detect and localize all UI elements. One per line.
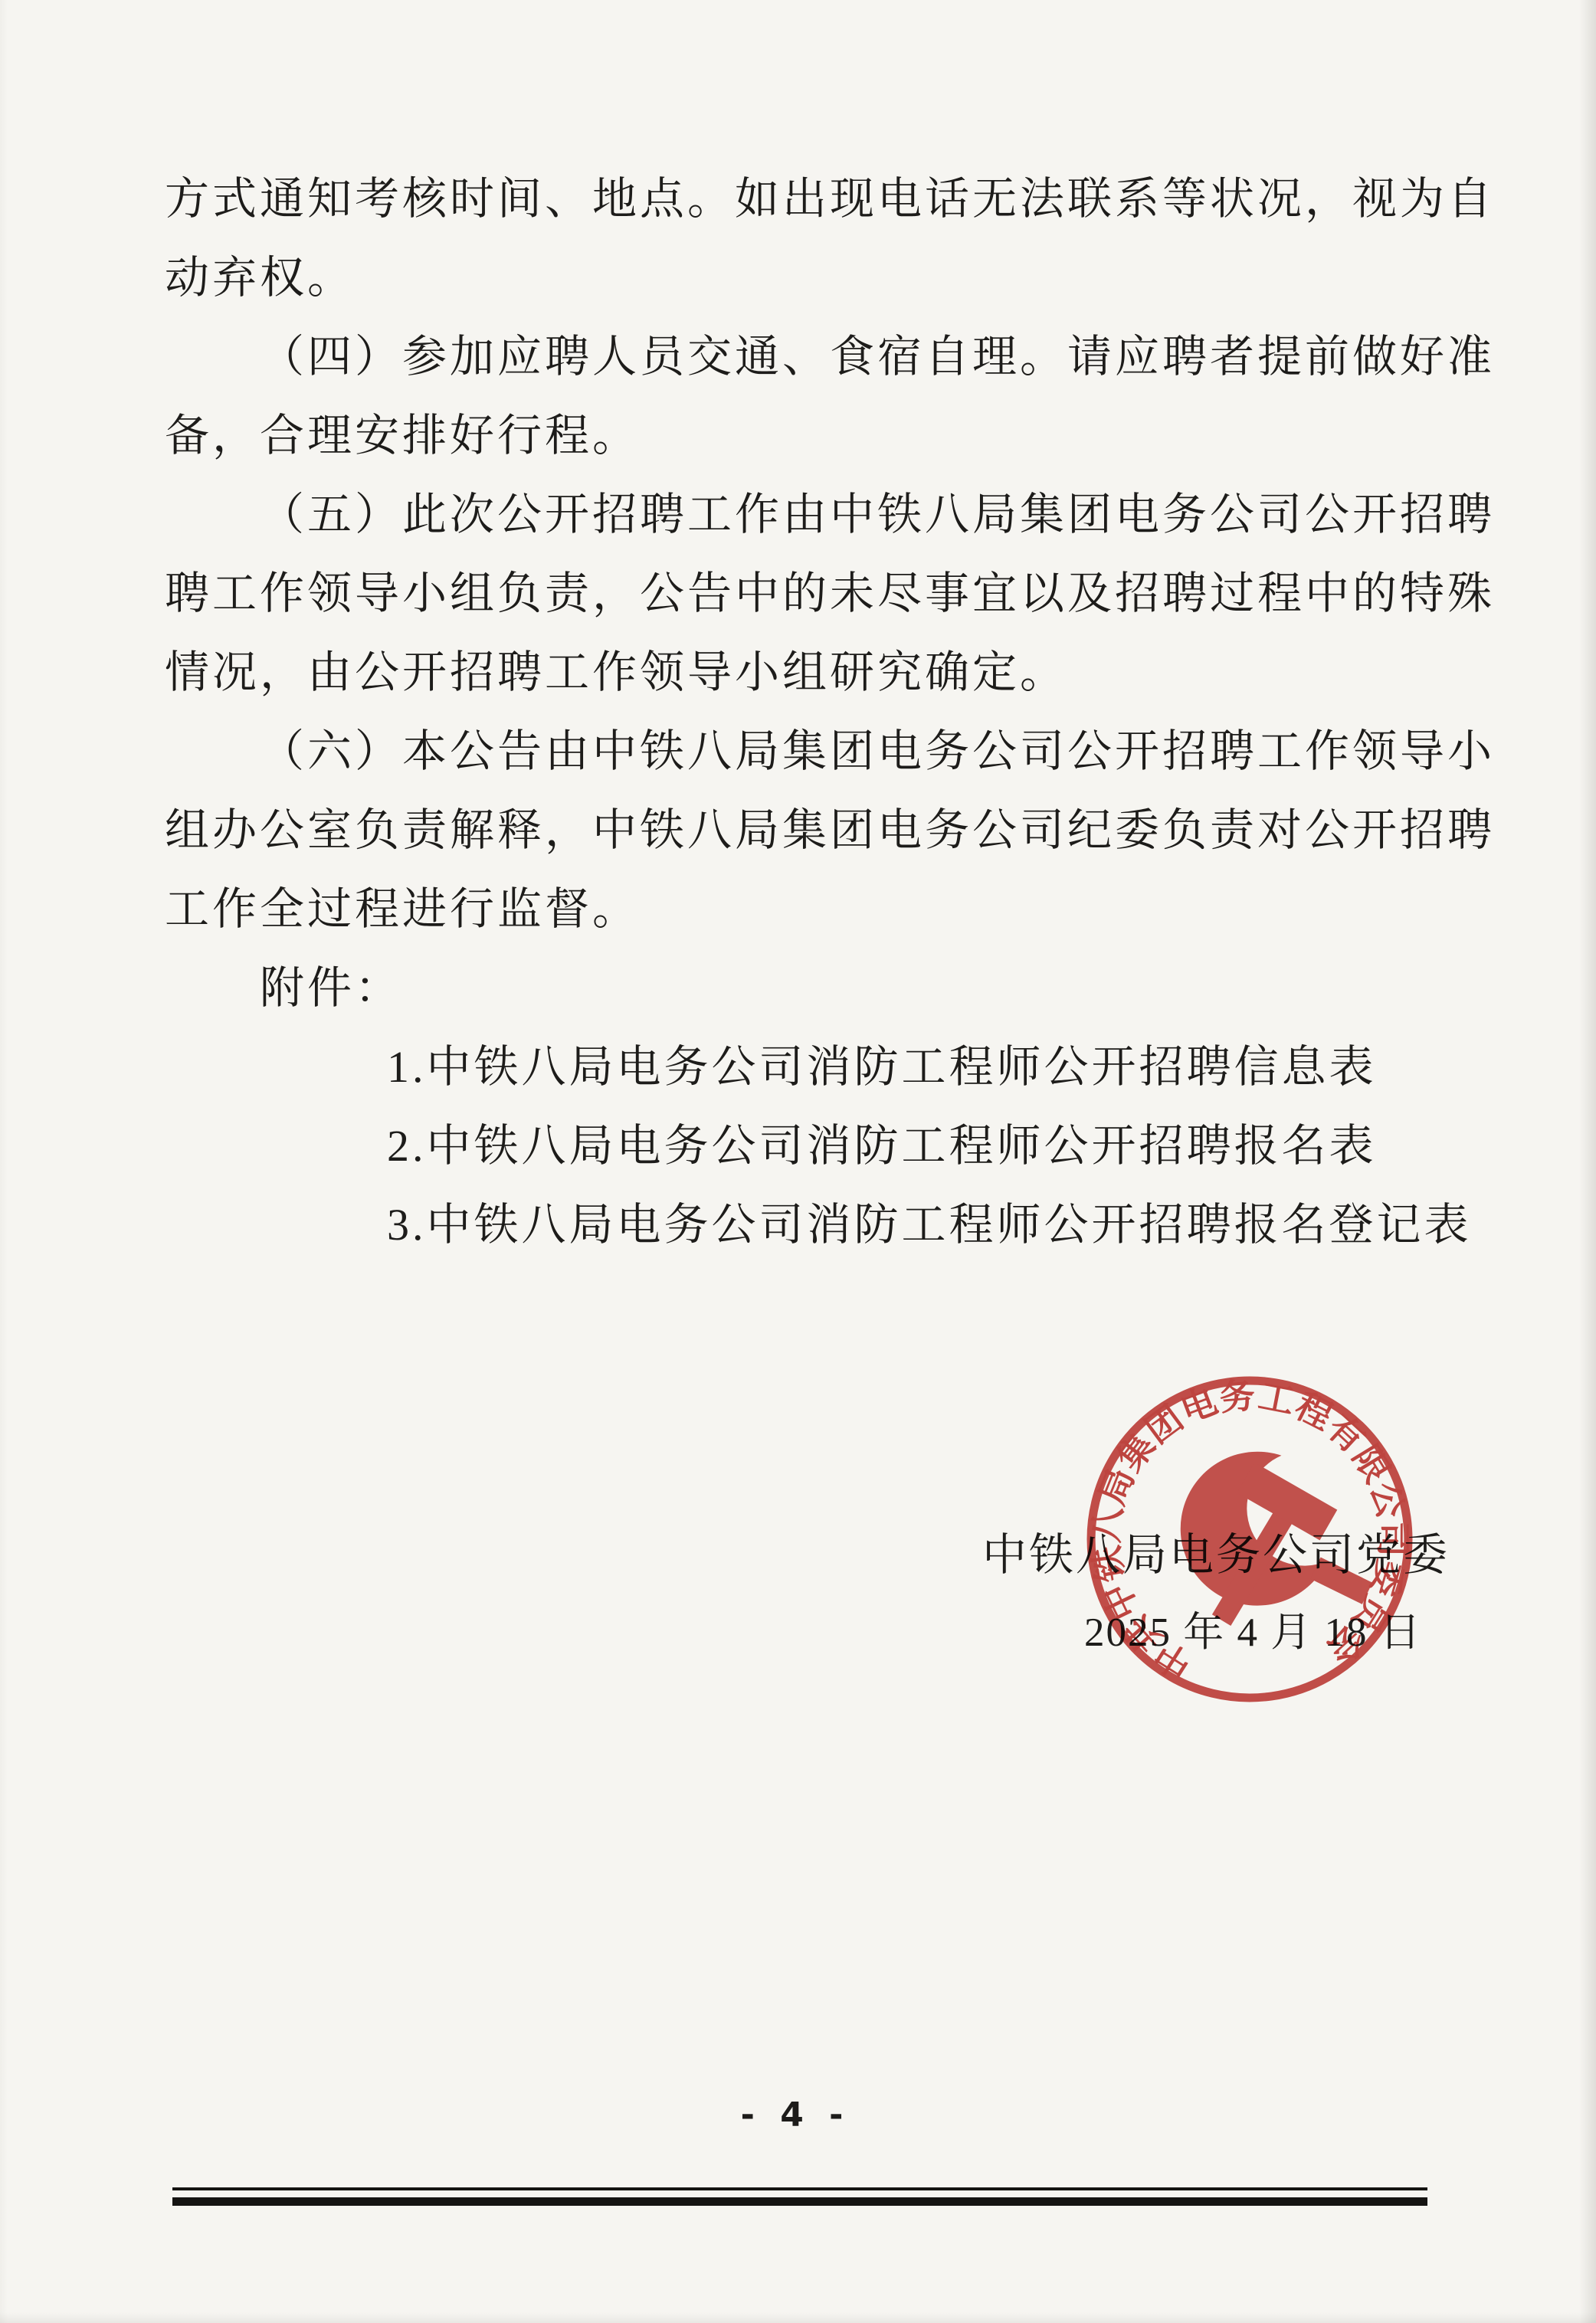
document-page: 方式通知考核时间、地点。如出现电话无法联系等状况，视为自 动弃权。 （四）参加应… — [0, 0, 1596, 2323]
body-line: 备，合理安排好行程。 — [165, 396, 1501, 475]
attachment-item: 2.中铁八局电务公司消防工程师公开招聘报名表 — [165, 1106, 1501, 1185]
body-line: （四）参加应聘人员交通、食宿自理。请应聘者提前做好准 — [165, 317, 1501, 396]
document-body: 方式通知考核时间、地点。如出现电话无法联系等状况，视为自 动弃权。 （四）参加应… — [165, 159, 1501, 1264]
page-number: - 4 - — [719, 2095, 872, 2135]
body-line: 聘工作领导小组负责，公告中的未尽事宜以及招聘过程中的特殊 — [165, 554, 1501, 633]
body-line: 工作全过程进行监督。 — [165, 870, 1501, 949]
footer-rule-thin — [172, 2187, 1427, 2190]
attachments-label: 附件： — [165, 949, 1501, 1027]
body-line: 动弃权。 — [165, 238, 1501, 317]
attachment-item: 3.中铁八局电务公司消防工程师公开招聘报名登记表 — [165, 1185, 1501, 1264]
body-line: （六）本公告由中铁八局集团电务公司公开招聘工作领导小 — [165, 712, 1501, 791]
party-committee-seal-stamp: 中共中铁八局集团电务工程有限公司委员会 — [1058, 1348, 1440, 1730]
attachment-item: 1.中铁八局电务公司消防工程师公开招聘信息表 — [165, 1027, 1501, 1106]
footer-rule-thick — [172, 2197, 1427, 2206]
body-line: 组办公室负责解释，中铁八局集团电务公司纪委负责对公开招聘 — [165, 791, 1501, 870]
body-line: 方式通知考核时间、地点。如出现电话无法联系等状况，视为自 — [165, 159, 1501, 238]
body-line: （五）此次公开招聘工作由中铁八局集团电务公司公开招聘 — [165, 475, 1501, 554]
body-line: 情况，由公开招聘工作领导小组研究确定。 — [165, 633, 1501, 712]
hammer-sickle-icon — [1171, 1437, 1376, 1630]
